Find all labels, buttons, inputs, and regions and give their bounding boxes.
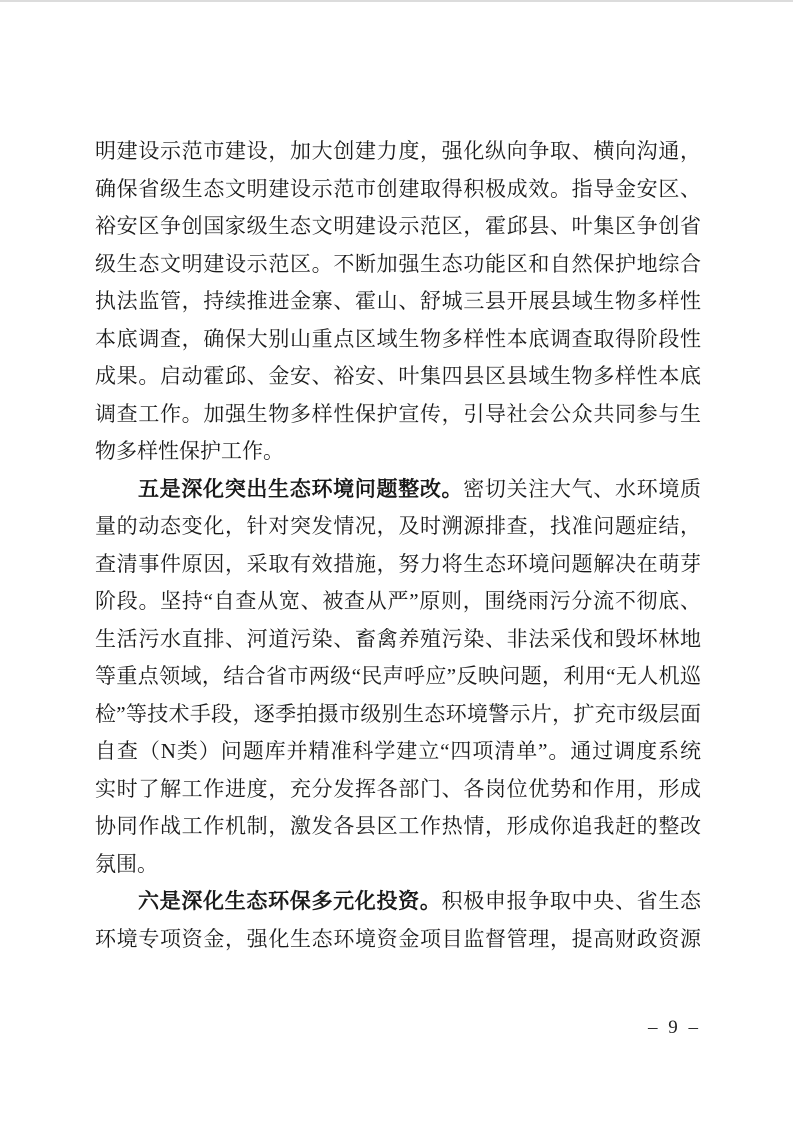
text-line: 明建设示范市建设，加大创建力度，强化纵向争取、横向沟通， — [95, 133, 701, 171]
text-line: 确保省级生态文明建设示范市创建取得积极成效。指导金安区、 — [95, 171, 701, 209]
paragraph-lead-bold: 六是深化生态环保多元化投资。 — [138, 889, 442, 913]
text-line: 生活污水直排、河道污染、畜禽养殖污染、非法采伐和毁坏林地 — [95, 621, 701, 659]
document-body: 明建设示范市建设，加大创建力度，强化纵向争取、横向沟通， 确保省级生态文明建设示… — [95, 133, 701, 958]
text-line: 查清事件原因，采取有效措施，努力将生态环境问题解决在萌芽 — [95, 546, 701, 584]
text-line: 检”等技术手段，逐季拍摄市级别生态环境警示片，扩充市级层面 — [95, 696, 701, 734]
text-line: 本底调查，确保大别山重点区域生物多样性本底调查取得阶段性 — [95, 321, 701, 359]
document-page: 明建设示范市建设，加大创建力度，强化纵向争取、横向沟通， 确保省级生态文明建设示… — [0, 0, 793, 1122]
paragraph-lead-bold: 五是深化突出生态环境问题整改。 — [138, 477, 463, 501]
paragraph-lead-rest: 积极申报争取中央、省生态 — [442, 889, 701, 913]
text-line-paragraph-start: 五是深化突出生态环境问题整改。密切关注大气、水环境质 — [95, 471, 701, 509]
scan-edge-artifact — [0, 0, 793, 2]
text-line: 执法监管，持续推进金寨、霍山、舒城三县开展县域生物多样性 — [95, 283, 701, 321]
text-line: 调查工作。加强生物多样性保护宣传，引导社会公众共同参与生 — [95, 396, 701, 434]
text-line: 级生态文明建设示范区。不断加强生态功能区和自然保护地综合 — [95, 246, 701, 284]
text-line-paragraph-end: 物多样性保护工作。 — [95, 433, 701, 471]
paragraph-lead-rest: 密切关注大气、水环境质 — [463, 477, 701, 501]
text-line-paragraph-end: 氛围。 — [95, 846, 701, 884]
text-line: 等重点领域，结合省市两级“民声呼应”反映问题，利用“无人机巡 — [95, 658, 701, 696]
text-line: 环境专项资金，强化生态环境资金项目监督管理，提高财政资源 — [95, 921, 701, 959]
text-line: 裕安区争创国家级生态文明建设示范区，霍邱县、叶集区争创省 — [95, 208, 701, 246]
page-number: – 9 – — [95, 1016, 701, 1040]
text-line: 成果。启动霍邱、金安、裕安、叶集四县区县域生物多样性本底 — [95, 358, 701, 396]
text-line: 阶段。坚持“自查从宽、被查从严”原则，围绕雨污分流不彻底、 — [95, 583, 701, 621]
text-line: 实时了解工作进度，充分发挥各部门、各岗位优势和作用，形成 — [95, 771, 701, 809]
text-line-paragraph-start: 六是深化生态环保多元化投资。积极申报争取中央、省生态 — [95, 883, 701, 921]
text-line: 协同作战工作机制，激发各县区工作热情，形成你追我赶的整改 — [95, 808, 701, 846]
text-line: 量的动态变化，针对突发情况，及时溯源排查，找准问题症结， — [95, 508, 701, 546]
text-line: 自查（N类）问题库并精准科学建立“四项清单”。通过调度系统 — [95, 733, 701, 771]
